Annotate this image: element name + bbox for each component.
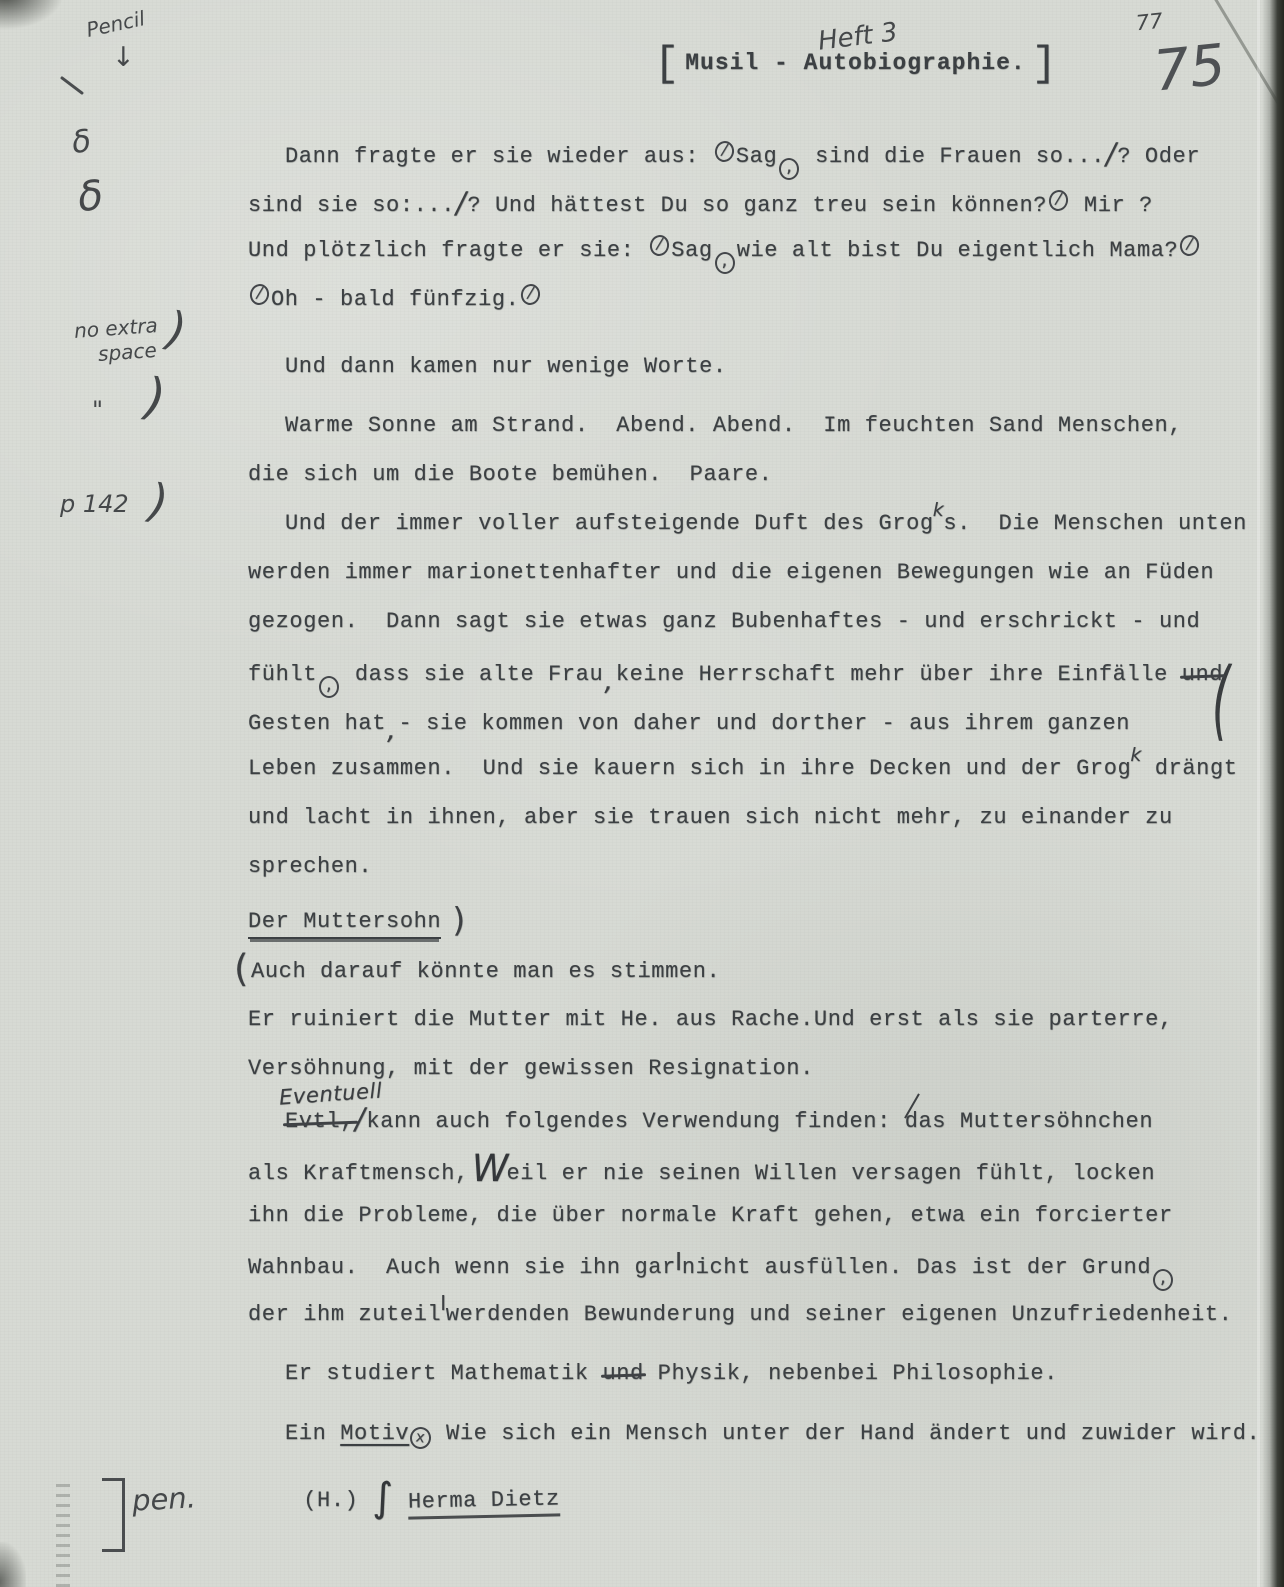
- strikethrough-text: Evtl,: [285, 1097, 354, 1146]
- paragraph: Er studiert Mathematik und Physik, neben…: [248, 1349, 1258, 1398]
- typescript-line: Warme Sonne am Strand. Abend. Abend. Im …: [248, 401, 1258, 450]
- text-segment: sprechen.: [248, 854, 372, 879]
- text-segment: as Muttersöhnchen: [919, 1109, 1154, 1134]
- typescript-line: werden immer marionettenhafter und die e…: [248, 548, 1258, 597]
- handwritten-paren: (: [234, 947, 249, 990]
- text-segment: - sie kommen von daher und dorther - aus…: [399, 711, 1131, 736]
- typescript-line: Gesten hat,- sie kommen von daher und do…: [248, 695, 1258, 744]
- text-segment: [394, 1488, 408, 1513]
- typescript-line: Wahnbau. Auch wenn sie ihn garInicht aus…: [248, 1240, 1258, 1289]
- typescript-line: Versöhnung, mit der gewissen Resignation…: [248, 1044, 1258, 1093]
- paragraph: Und dann kamen nur wenige Worte.: [248, 342, 1258, 391]
- typescript-line: als Kraftmensch,Weil er nie seinen Wille…: [248, 1142, 1258, 1191]
- text-segment: Wahnbau. Auch wenn sie ihn gar: [248, 1255, 676, 1280]
- text-segment: ? Und hättest Du so ganz treu sein könne…: [467, 193, 1047, 218]
- text-segment: sind die Frauen so...: [801, 144, 1105, 169]
- typescript-line: ihn die Probleme, die über normale Kraft…: [248, 1191, 1258, 1240]
- handwritten-comma: ,: [604, 664, 614, 697]
- text-segment: Sag: [736, 144, 777, 169]
- paragraph: (H.) ∫ Herma Dietz: [248, 1469, 1258, 1518]
- quote-insertion-mark: /: [1047, 188, 1071, 213]
- text-segment: Ein: [285, 1421, 340, 1446]
- slash-mark: /: [1106, 137, 1116, 171]
- margin-paren-3: ): [147, 473, 171, 529]
- down-arrow-mark: ↓: [112, 42, 135, 73]
- paragraph: EventuellEvtl,/kann auch folgendes Verwe…: [248, 1093, 1258, 1338]
- quote-insertion-mark: /: [519, 282, 543, 307]
- handwritten-underline: Herma Dietz: [407, 1486, 559, 1519]
- typescript-line: /Oh - bald fünfzig./: [248, 275, 1258, 324]
- ditto-mark: ": [92, 396, 103, 424]
- strikethrough-text: und: [602, 1349, 643, 1398]
- text-segment: werden immer marionettenhafter und die e…: [248, 560, 1214, 585]
- capitalization-slash: d: [905, 1097, 919, 1146]
- typescript-line: (Auch darauf könnte man es stimmen.: [248, 940, 1258, 989]
- handwritten-comma: ,: [387, 713, 397, 746]
- text-segment: (H.): [248, 1488, 372, 1513]
- slash-mark: /: [456, 186, 466, 220]
- pencil-bracket: [102, 1478, 125, 1552]
- text-segment: Physik, nebenbei Philosophie.: [644, 1361, 1058, 1386]
- paragraph: Er ruiniert die Mutter mit He. aus Rache…: [248, 995, 1258, 1093]
- typescript-line: Leben zusammen. Und sie kauern sich in i…: [248, 744, 1258, 793]
- typescript-line: Der Muttersohn ): [248, 891, 1258, 940]
- scan-edge-shadow: [1262, 0, 1284, 1587]
- text-segment: Oh - bald fünfzig.: [271, 287, 519, 312]
- page-title-text: Musil - Autobiographie.: [679, 50, 1031, 76]
- handwritten-paren: ): [441, 900, 466, 939]
- text-segment: als Kraftmensch,: [248, 1161, 469, 1186]
- insertion-mark: I: [675, 1247, 683, 1276]
- typescript-line: Er studiert Mathematik und Physik, neben…: [248, 1349, 1258, 1398]
- handwritten-capital: W: [472, 1147, 507, 1190]
- margin-paren-1: ): [164, 301, 190, 357]
- margin-note-pen: pen.: [131, 1480, 197, 1517]
- insertion-mark: I: [440, 1291, 447, 1315]
- text-segment: werdenden Bewunderung und seiner eigenen…: [446, 1302, 1233, 1327]
- text-segment: dass sie alte Frau: [341, 662, 603, 687]
- quote-insertion-mark: /: [248, 282, 272, 307]
- text-segment: Er studiert Mathematik: [285, 1361, 602, 1386]
- text-segment: sind sie so:...: [248, 193, 455, 218]
- scan-corner-shadow-bottom: [0, 1542, 26, 1587]
- text-segment: ? Oder: [1117, 144, 1200, 169]
- paragraph: Ein Motivx Wie sich ein Mensch unter der…: [248, 1409, 1258, 1458]
- quote-insertion-mark: /: [1178, 233, 1202, 258]
- page-number-small: 77: [1135, 9, 1164, 36]
- text-segment: gezogen. Dann sagt sie etwas ganz Bubenh…: [248, 609, 1200, 634]
- text-segment: kann auch folgendes Verwendung finden:: [366, 1109, 904, 1134]
- circled-x-mark: x: [409, 1426, 433, 1451]
- deleatur-mark-2: δ: [76, 171, 106, 221]
- margin-note-pencil: Pencil: [84, 6, 147, 42]
- paragraph: (Auch darauf könnte man es stimmen.: [248, 940, 1258, 989]
- typescript-line: Er ruiniert die Mutter mit He. aus Rache…: [248, 995, 1258, 1044]
- text-segment: der ihm zuteil: [248, 1302, 441, 1327]
- margin-page-ref: p 142: [60, 490, 129, 518]
- text-segment: Und der immer voller aufsteigende Duft d…: [285, 511, 934, 536]
- typescript-line: EventuellEvtl,/kann auch folgendes Verwe…: [248, 1093, 1258, 1142]
- underlined-heading: Der Muttersohn: [248, 909, 441, 939]
- typescript-line: und lacht in ihnen, aber sie trauen sich…: [248, 793, 1258, 842]
- strikethrough-text: und: [1182, 650, 1223, 699]
- typescript-line: Und dann kamen nur wenige Worte.: [248, 342, 1258, 391]
- typescript-line: Dann fragte er sie wieder aus: /Sag, sin…: [248, 128, 1258, 177]
- typescript-body: Dann fragte er sie wieder aus: /Sag, sin…: [248, 128, 1258, 1518]
- text-segment: nicht ausfüllen. Das ist der Grund: [682, 1255, 1151, 1280]
- typescript-line: Und plötzlich fragte er sie: /Sag,wie al…: [248, 226, 1258, 275]
- text-segment: Mir ?: [1070, 193, 1153, 218]
- comma-insertion-mark: ,: [715, 252, 735, 274]
- comma-insertion-mark: ,: [319, 676, 339, 698]
- text-segment: Wie sich ein Mensch unter der Hand änder…: [432, 1421, 1260, 1446]
- typescript-line: sprechen.: [248, 842, 1258, 891]
- quote-insertion-mark: /: [648, 233, 672, 258]
- typescript-line: Und der immer voller aufsteigende Duft d…: [248, 499, 1258, 548]
- superscript-insertion: k: [1130, 744, 1142, 766]
- text-segment: drängt: [1141, 756, 1238, 781]
- paragraph: Und der immer voller aufsteigende Duft d…: [248, 499, 1258, 891]
- margin-note-space: space: [97, 338, 157, 366]
- typescript-line: sind sie so:.../? Und hättest Du so ganz…: [248, 177, 1258, 226]
- pencil-stroke-mark: [60, 76, 84, 95]
- superscript-insertion: k: [933, 499, 945, 521]
- underlined-text: Motiv: [340, 1421, 409, 1446]
- text-segment: Gesten hat: [248, 711, 386, 736]
- page-number-handwritten: 75: [1151, 32, 1229, 104]
- typescript-line: gezogen. Dann sagt sie etwas ganz Bubenh…: [248, 597, 1258, 646]
- text-segment: Warme Sonne am Strand. Abend. Abend. Im …: [285, 413, 1182, 438]
- handwritten-bracket: ∫: [372, 1475, 393, 1521]
- margin-paren-2: ): [143, 367, 168, 427]
- scan-corner-shadow: [0, 0, 64, 30]
- quote-insertion-mark: /: [713, 139, 737, 164]
- text-segment: und lacht in ihnen, aber sie trauen sich…: [248, 805, 1173, 830]
- text-segment: Und dann kamen nur wenige Worte.: [285, 354, 727, 379]
- title-bracket-right: ]: [1032, 40, 1057, 88]
- typescript-line: (H.) ∫ Herma Dietz: [248, 1469, 1258, 1518]
- text-segment: Auch darauf könnte man es stimmen.: [251, 959, 720, 984]
- typescript-line: der ihm zuteilIwerdenden Bewunderung und…: [248, 1289, 1258, 1338]
- scan-speckles: [56, 1478, 70, 1587]
- paragraph: Dann fragte er sie wieder aus: /Sag, sin…: [248, 128, 1258, 324]
- text-segment: Sag: [671, 238, 712, 263]
- text-segment: Leben zusammen. Und sie kauern sich in i…: [248, 756, 1131, 781]
- typescript-line: fühlt, dass sie alte Frau,keine Herrscha…: [248, 646, 1258, 695]
- text-segment: fühlt: [248, 662, 317, 687]
- paragraph: Der Muttersohn ): [248, 891, 1258, 940]
- typescript-line: Ein Motivx Wie sich ein Mensch unter der…: [248, 1409, 1258, 1458]
- slash-mark: /: [355, 1102, 365, 1136]
- paragraph: Warme Sonne am Strand. Abend. Abend. Im …: [248, 401, 1258, 499]
- text-segment: Er ruiniert die Mutter mit He. aus Rache…: [248, 1007, 1173, 1032]
- correction-group: EventuellEvtl,: [285, 1097, 354, 1146]
- text-segment: eil er nie seinen Willen versagen fühlt,…: [506, 1161, 1155, 1186]
- title-bracket-left: [: [654, 40, 679, 88]
- text-segment: die sich um die Boote bemühen. Paare.: [248, 462, 772, 487]
- text-segment: s. Die Menschen unten: [943, 511, 1247, 536]
- text-segment: Dann fragte er sie wieder aus:: [285, 144, 713, 169]
- comma-insertion-mark: ,: [1153, 1269, 1173, 1291]
- text-segment: wie alt bist Du eigentlich Mama?: [737, 238, 1179, 263]
- text-segment: Und plötzlich fragte er sie:: [248, 238, 648, 263]
- page-title: [Musil - Autobiographie.]: [654, 40, 1057, 88]
- text-segment: ihn die Probleme, die über normale Kraft…: [248, 1203, 1173, 1228]
- typescript-line: die sich um die Boote bemühen. Paare.: [248, 450, 1258, 499]
- text-segment: keine Herrschaft mehr über ihre Einfälle: [616, 662, 1182, 687]
- deleatur-mark-1: δ: [70, 123, 94, 161]
- manuscript-page: Heft 3 [Musil - Autobiographie.] 77 75 P…: [0, 0, 1284, 1587]
